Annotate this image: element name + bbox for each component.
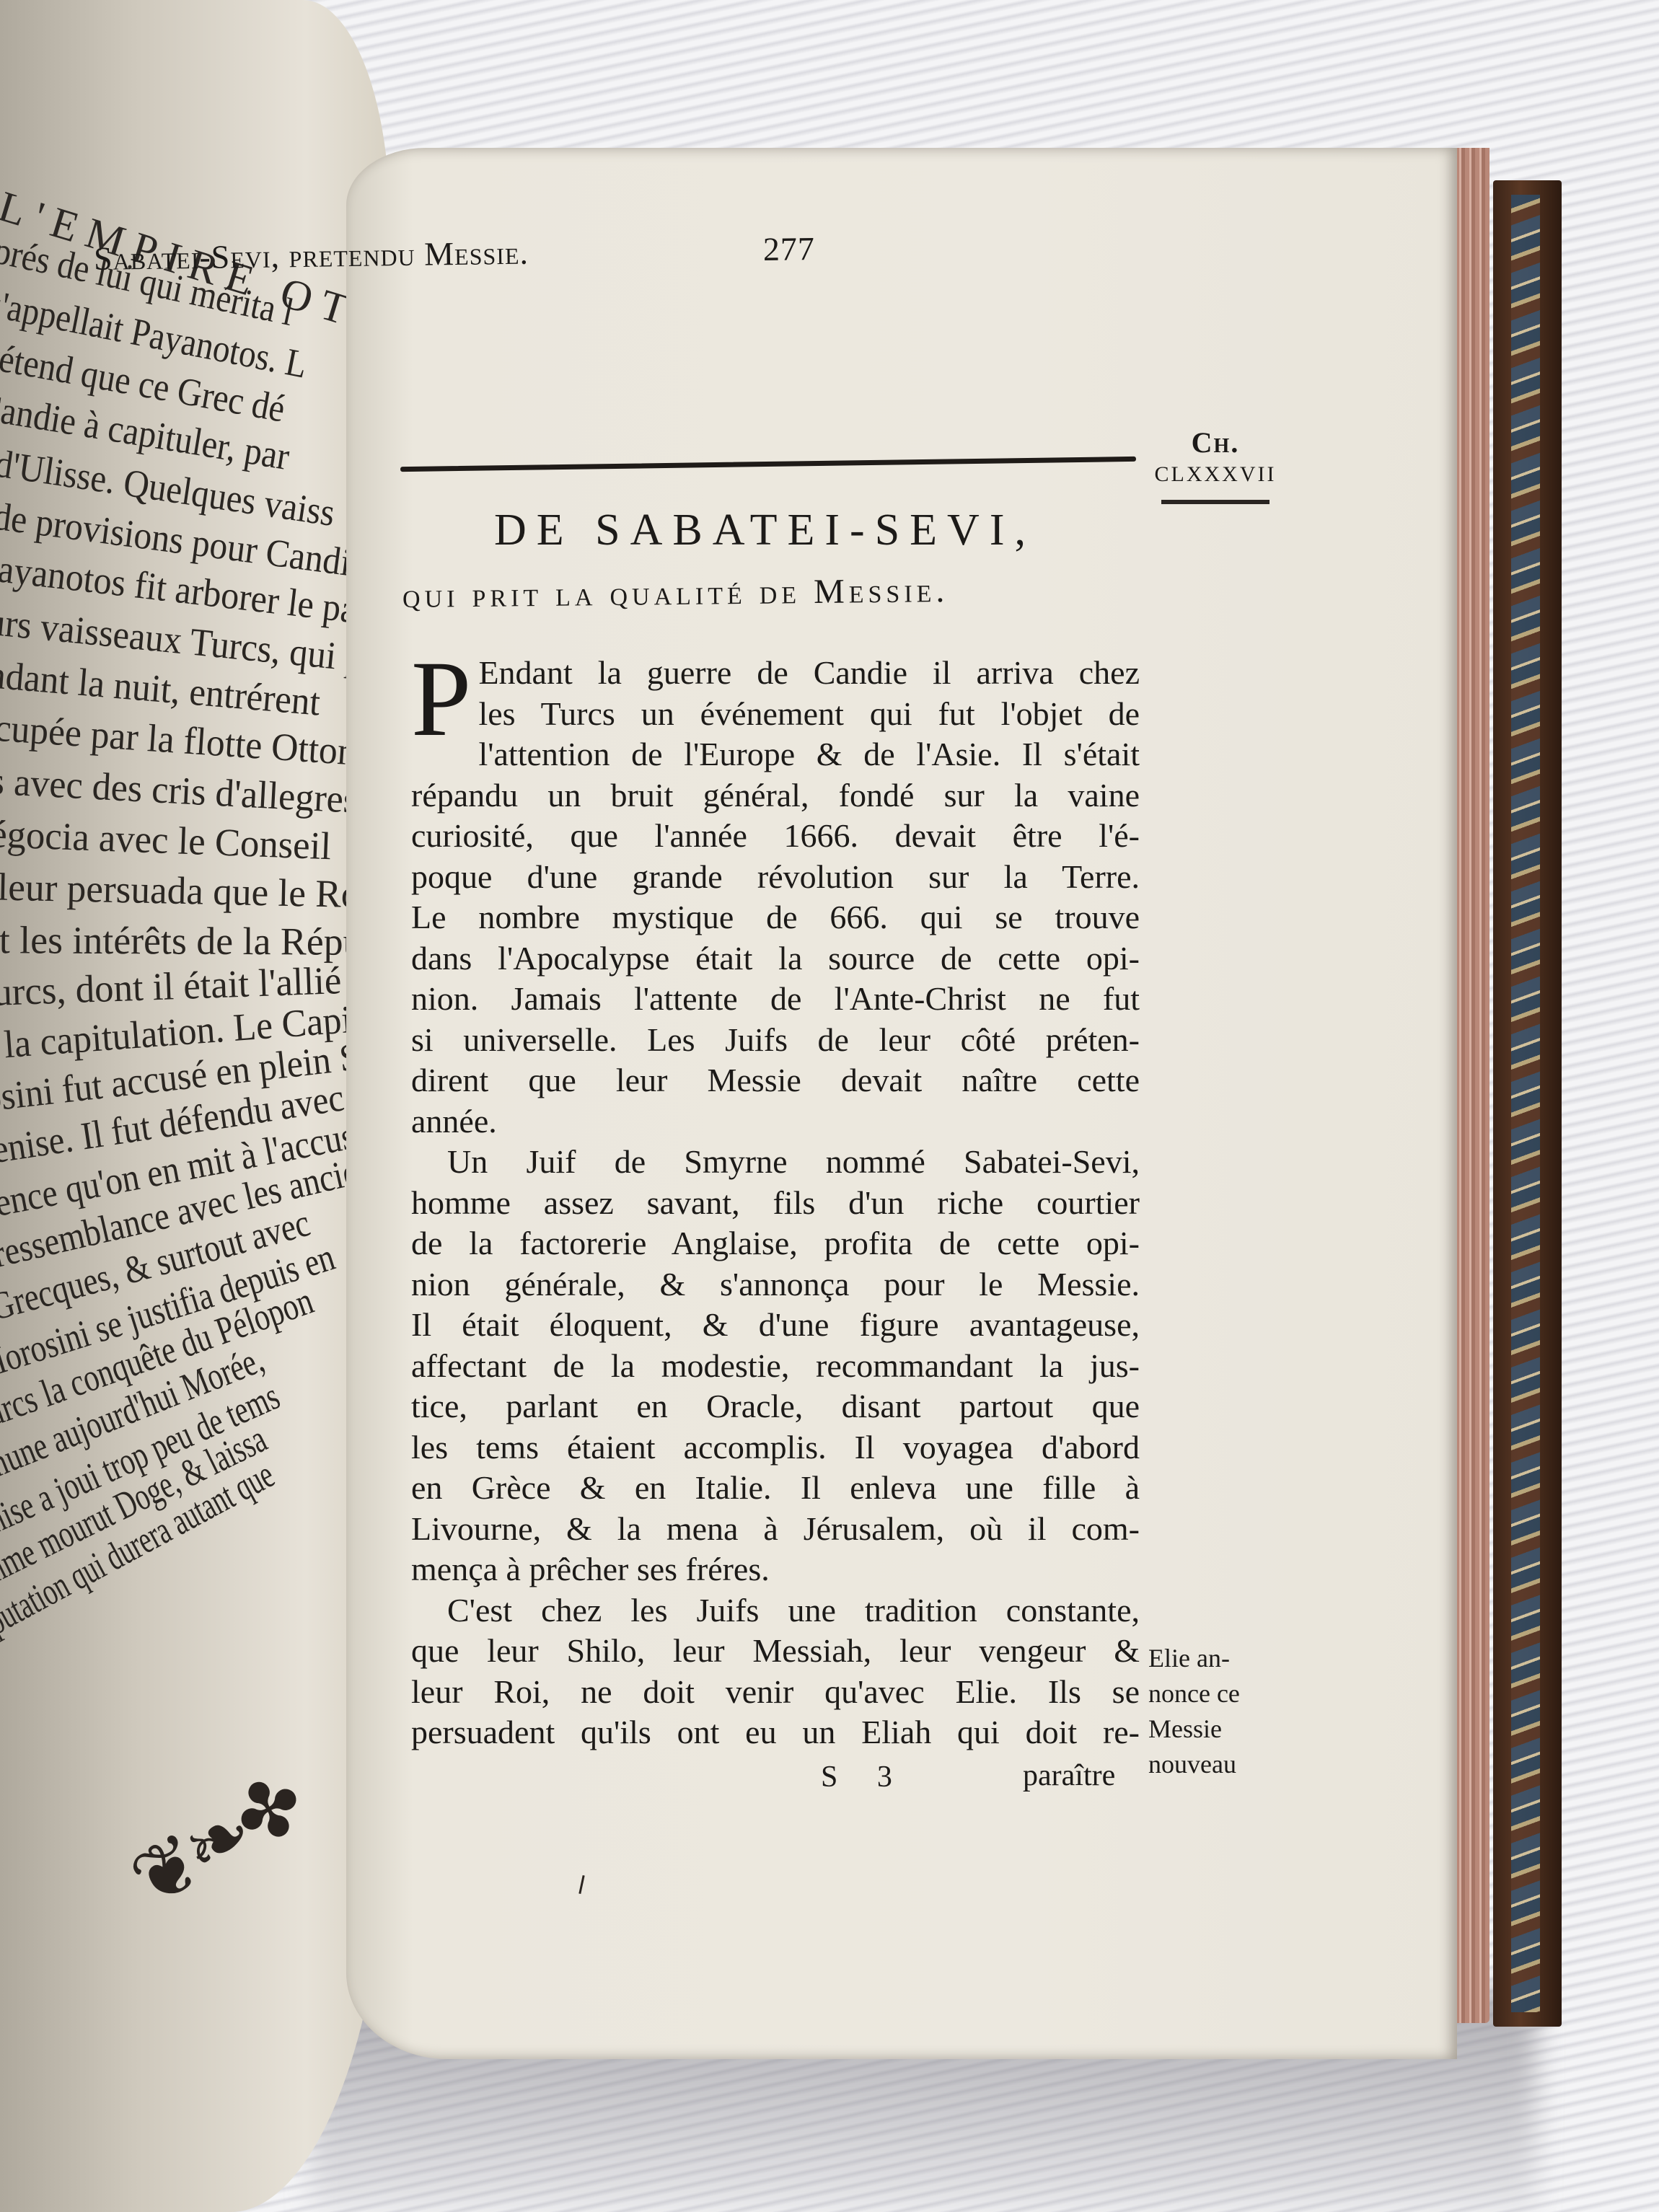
page-number: 277 [763, 229, 816, 268]
body-text: P Endant la guerre de Candie il arriva c… [411, 653, 1140, 1753]
left-text-line: ait les intérêts de la Républi [0, 917, 390, 964]
text-line: Il était éloquent, & d'une figure avanta… [411, 1305, 1140, 1346]
chapter-subtitle: qui prit la qualité de Messie. [402, 570, 949, 616]
text-line: que leur Shilo, leur Messiah, leur venge… [411, 1631, 1140, 1672]
text-line: Livourne, & la mena à Jérusalem, où il c… [411, 1509, 1140, 1550]
text-line: affectant de la modestie, recommandant l… [411, 1346, 1140, 1387]
text-line: Un Juif de Smyrne nommé Sabatei-Sevi, [411, 1142, 1140, 1183]
text-line: tice, parlant en Oracle, disant partout … [411, 1386, 1140, 1427]
margin-note-line: Elie an- [1148, 1641, 1240, 1676]
margin-note-line: nouveau [1148, 1747, 1240, 1782]
text-line: mença à prêcher ses fréres. [411, 1549, 1140, 1590]
margin-note-line: Messie [1148, 1711, 1240, 1747]
text-line: curiosité, que l'année 1666. devait être… [411, 816, 1140, 857]
text-line: de la factorerie Anglaise, profita de ce… [411, 1223, 1140, 1264]
text-line: l'attention de l'Europe & de l'Asie. Il … [411, 734, 1140, 775]
chapter-title: DE SABATEI-SEVI, [494, 505, 1036, 556]
text-line: persuadent qu'ils ont eu un Eliah qui do… [411, 1712, 1140, 1753]
text-line: les tems étaient accomplis. Il voyagea d… [411, 1427, 1140, 1468]
text-line: C'est chez les Juifs une tradition const… [411, 1590, 1140, 1631]
text-line: dirent que leur Messie devait naître cet… [411, 1060, 1140, 1101]
text-line: en Grèce & en Italie. Il enleva une fill… [411, 1468, 1140, 1509]
fleuron-ornament-icon: ❦❧✤ [115, 1758, 315, 1927]
chapter-rule-divider [1161, 500, 1269, 504]
text-line: nion. Jamais l'attente de l'Ante-Christ … [411, 979, 1140, 1020]
running-head-title: Sabatei-Sevi, pretendu Messie. [94, 234, 529, 278]
text-line: si universelle. Les Juifs de leur côté p… [411, 1020, 1140, 1061]
text-line: leur Roi, ne doit venir qu'avec Elie. Il… [411, 1672, 1140, 1713]
text-line: année. [411, 1101, 1140, 1142]
catchword: paraître [1023, 1758, 1115, 1793]
text-line: répandu un bruit général, fondé sur la v… [411, 775, 1140, 816]
left-text-line: , leur persuada que le Roi [0, 864, 371, 917]
text-line: Le nombre mystique de 666. qui se trouve [411, 897, 1140, 938]
margin-note-line: nonce ce [1148, 1676, 1240, 1711]
chapter-number: CLXXXVII [1154, 462, 1277, 487]
text-line: les Turcs un événement qui fut l'objet d… [411, 694, 1140, 735]
marbled-endpaper [1511, 195, 1540, 2012]
chapter-marker: Ch. CLXXXVII [1154, 426, 1277, 504]
text-line: Endant la guerre de Candie il arriva che… [411, 653, 1140, 694]
text-line: nion générale, & s'annonça pour le Messi… [411, 1264, 1140, 1305]
text-line: poque d'une grande révolution sur la Ter… [411, 857, 1140, 898]
text-line: dans l'Apocalypse était la source de cet… [411, 938, 1140, 979]
margin-note: Elie an- nonce ce Messie nouveau [1148, 1641, 1240, 1782]
signature-mark: S 3 [821, 1760, 908, 1794]
left-page: L'EMPIRE OTTOM uprés de lui qui mérita l… [0, 0, 390, 2212]
text-line: homme assez savant, fils d'un riche cour… [411, 1183, 1140, 1224]
chapter-label: Ch. [1154, 426, 1277, 459]
drop-cap: P [411, 656, 471, 742]
left-text-line: négocia avec le Conseil [0, 811, 332, 868]
